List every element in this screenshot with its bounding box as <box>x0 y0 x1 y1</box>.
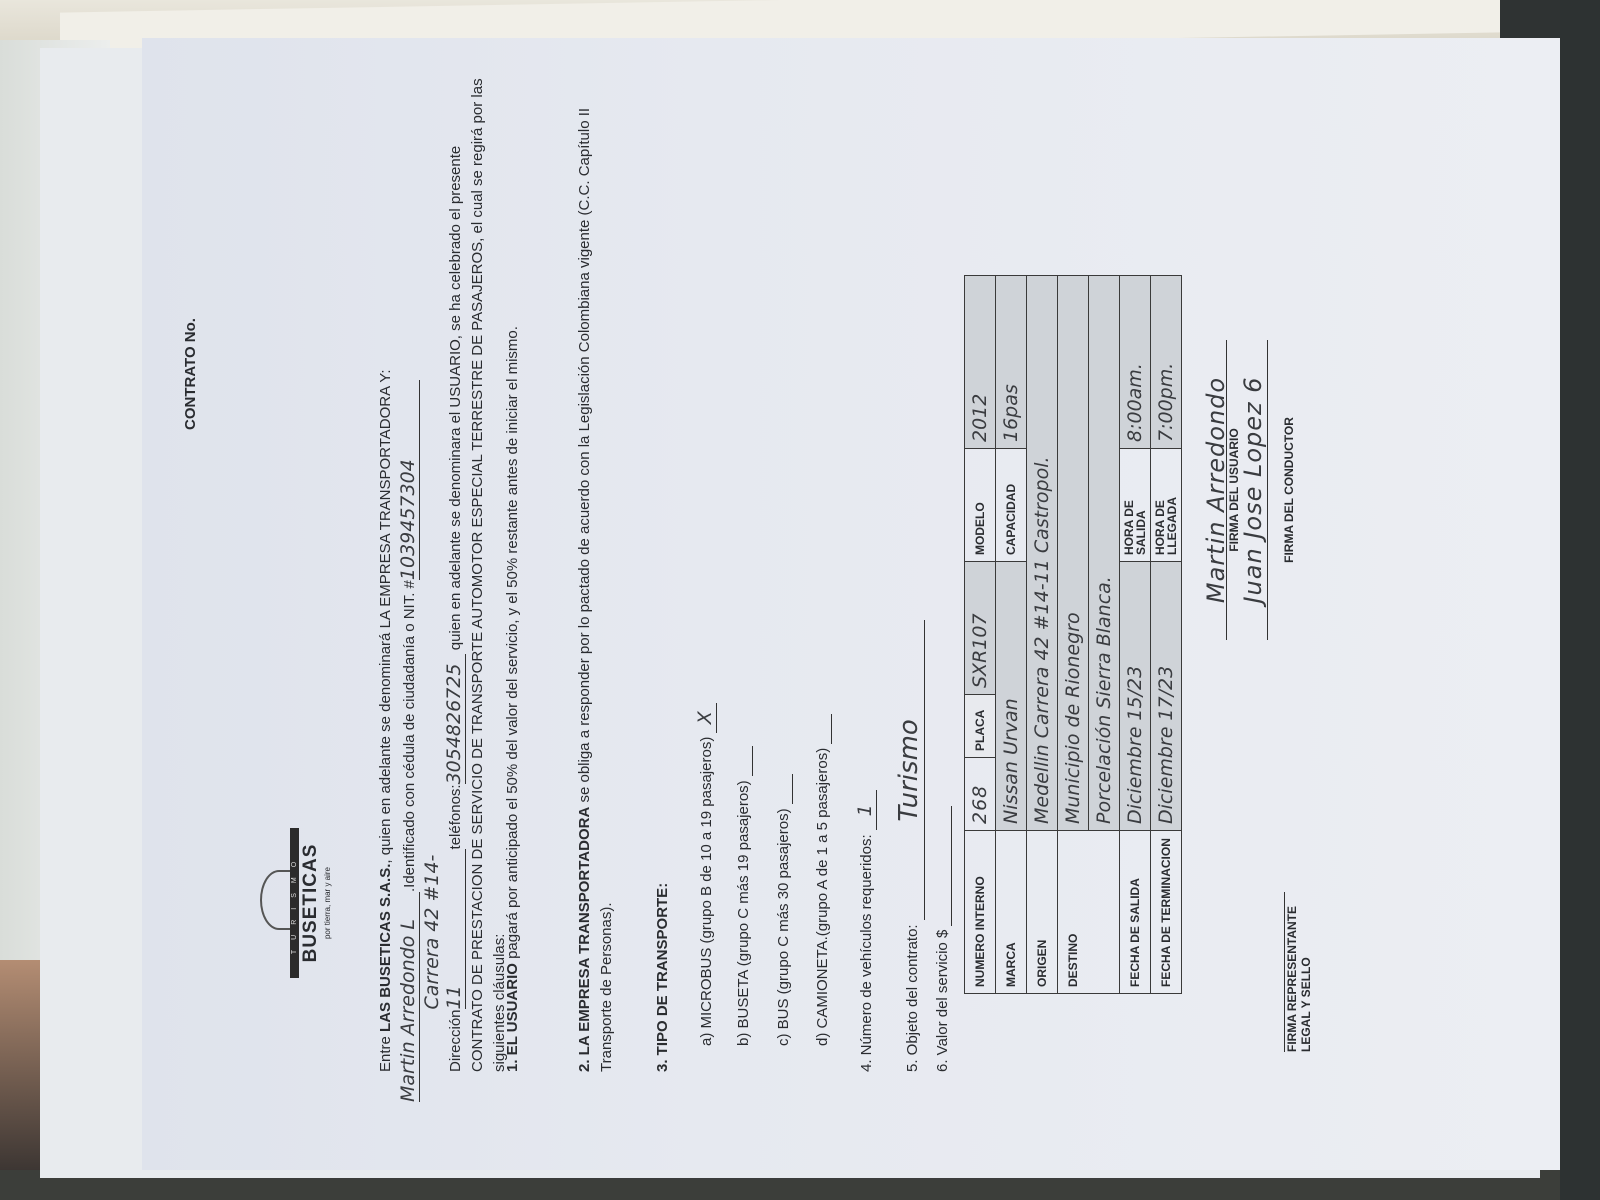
intro-paragraph: Entre LAS BUSETICAS S.A.S., quien en ade… <box>375 72 511 1072</box>
address-field[interactable]: Carrera 42 #14-11 <box>421 849 466 1009</box>
marca-value[interactable]: Nissan Urvan <box>996 562 1027 831</box>
clause-2: 2. LA EMPRESA TRANSPORTADORA se obliga a… <box>574 72 618 1072</box>
clause-subject: EL USUARIO <box>504 963 521 1055</box>
intro-text: , quien en adelante se denominará LA EMP… <box>377 369 394 863</box>
contract-sheet: CONTRATO No. TURISMO BUSETICAS por tierr… <box>142 38 1560 1170</box>
destino-value-line-2[interactable]: Porcelación Sierra Blanca. <box>1089 276 1120 831</box>
clause-4: 4. Número de vehículos requeridos:1 <box>854 790 877 1072</box>
company-name: LAS BUSETICAS S.A.S. <box>377 864 394 1032</box>
phone-field[interactable]: 3054826725 <box>443 654 466 784</box>
option-bus: c) BUS (grupo C más 30 pasajeros) <box>775 774 793 1046</box>
placa-label: PLACA <box>965 695 996 758</box>
clause-4-label: 4. Número de vehículos requeridos: <box>858 834 875 1072</box>
table-row: MARCA Nissan Urvan CAPACIDAD 16pas <box>996 276 1027 994</box>
fecha-terminacion-value[interactable]: Diciembre 17/23 <box>1151 562 1182 831</box>
client-id-field[interactable]: 1039457304 <box>397 380 420 580</box>
marca-label: MARCA <box>996 831 1027 994</box>
destino-label: DESTINO <box>1058 831 1120 994</box>
clause-text: pagará por anticipado el 50% del valor d… <box>504 326 521 963</box>
vehicle-count-field[interactable]: 1 <box>854 790 877 830</box>
option-mark[interactable] <box>775 774 793 804</box>
table-row: FECHA DE SALIDA Diciembre 15/23 HORA DE … <box>1120 276 1151 994</box>
origen-value[interactable]: Medellin Carrera 42 #14-11 Castropol. <box>1027 276 1058 831</box>
fecha-salida-label: FECHA DE SALIDA <box>1120 831 1151 994</box>
clause-5-label: 5. Objeto del contrato: <box>904 924 921 1072</box>
option-mark[interactable] <box>735 746 753 776</box>
capacidad-value[interactable]: 16pas <box>996 276 1027 449</box>
intro-text: teléfonos: <box>447 784 464 849</box>
contract-page: CONTRATO No. TURISMO BUSETICAS por tierr… <box>142 38 1560 1170</box>
clause-number: 1. <box>504 1059 521 1072</box>
fecha-salida-value[interactable]: Diciembre 15/23 <box>1120 562 1151 831</box>
intro-text: Dirección <box>447 1009 464 1072</box>
modelo-value[interactable]: 2012 <box>965 276 996 449</box>
option-label: c) BUS (grupo C más 30 pasajeros) <box>775 808 792 1046</box>
origen-label: ORIGEN <box>1027 831 1058 994</box>
vehicle-table: NUMERO INTERNO 268 PLACA SXR107 MODELO 2… <box>964 275 1182 994</box>
contract-purpose-field[interactable]: Turismo <box>894 620 925 920</box>
modelo-label: MODELO <box>965 449 996 562</box>
background-edge <box>1560 0 1600 1200</box>
logo-tagline: por tierra, mar y aire <box>323 828 332 978</box>
clause-subject: LA EMPRESA TRANSPORTADORA <box>576 807 593 1056</box>
table-row: FECHA DE TERMINACION Diciembre 17/23 HOR… <box>1151 276 1182 994</box>
numero-interno-label: NUMERO INTERNO <box>965 831 996 994</box>
option-mark[interactable] <box>814 714 832 744</box>
option-label: b) BUSETA (grupo C más 19 pasajeros) <box>735 780 752 1046</box>
fecha-terminacion-label: FECHA DE TERMINACION <box>1151 831 1182 994</box>
option-label: a) MICROBUS (grupo B de 10 a 19 pasajero… <box>698 737 715 1046</box>
logo-name: BUSETICAS <box>300 828 322 978</box>
driver-signature: Juan Jose Lopez 6 <box>1239 340 1268 640</box>
client-name-field[interactable]: Martin Arredondo L <box>397 892 420 1102</box>
logo-banner: TURISMO <box>290 828 299 978</box>
table-row: DESTINO Municipio de Rionegro <box>1058 276 1089 994</box>
clause-number: 2. <box>576 1059 593 1072</box>
clause-1: 1. EL USUARIO pagará por anticipado el 5… <box>502 72 524 1072</box>
service-value-field[interactable] <box>934 806 952 926</box>
hora-salida-label: HORA DE SALIDA <box>1120 449 1151 562</box>
option-mark[interactable]: X <box>694 703 717 733</box>
option-label: d) CAMIONETA.(grupo A de 1 a 5 pasajeros… <box>814 748 831 1046</box>
company-logo: TURISMO BUSETICAS por tierra, mar y aire <box>290 828 348 978</box>
signature-representante[interactable]: FIRMA REPRESENTANTE LEGAL Y SELLO <box>1284 892 1313 1052</box>
clause-5: 5. Objeto del contrato:Turismo <box>894 620 925 1072</box>
contract-title: CONTRATO No. <box>182 318 199 430</box>
hora-salida-value[interactable]: 8:00am. <box>1120 276 1151 449</box>
numero-interno-value[interactable]: 268 <box>965 758 996 831</box>
placa-value[interactable]: SXR107 <box>965 562 996 695</box>
signature-usuario[interactable]: Martin Arredondo FIRMA DEL USUARIO Juan … <box>1202 340 1296 640</box>
clause-3-heading: 3. TIPO DE TRANSPORTE: <box>654 883 671 1072</box>
hora-llegada-label: HORA DE LLEGADA <box>1151 449 1182 562</box>
option-buseta: b) BUSETA (grupo C más 19 pasajeros) <box>735 746 753 1046</box>
intro-text: .Identificado con cédula de ciudadanía o… <box>401 580 418 892</box>
clause-6: 6. Valor del servicio $ <box>934 806 952 1072</box>
table-row: ORIGEN Medellin Carrera 42 #14-11 Castro… <box>1027 276 1058 994</box>
capacidad-label: CAPACIDAD <box>996 449 1027 562</box>
destino-value-line-1[interactable]: Municipio de Rionegro <box>1058 276 1089 831</box>
hora-llegada-value[interactable]: 7:00pm. <box>1151 276 1182 449</box>
table-row: NUMERO INTERNO 268 PLACA SXR107 MODELO 2… <box>965 276 996 994</box>
option-camioneta: d) CAMIONETA.(grupo A de 1 a 5 pasajeros… <box>814 714 832 1046</box>
signature-representante-label: FIRMA REPRESENTANTE LEGAL Y SELLO <box>1285 892 1313 1052</box>
clause-6-label: 6. Valor del servicio $ <box>934 930 951 1072</box>
intro-text: Entre <box>377 1032 394 1072</box>
signature-conductor-label: FIRMA DEL CONDUCTOR <box>1282 340 1296 640</box>
option-microbus: a) MICROBUS (grupo B de 10 a 19 pasajero… <box>694 703 717 1046</box>
user-signature: Martin Arredondo <box>1202 340 1230 640</box>
